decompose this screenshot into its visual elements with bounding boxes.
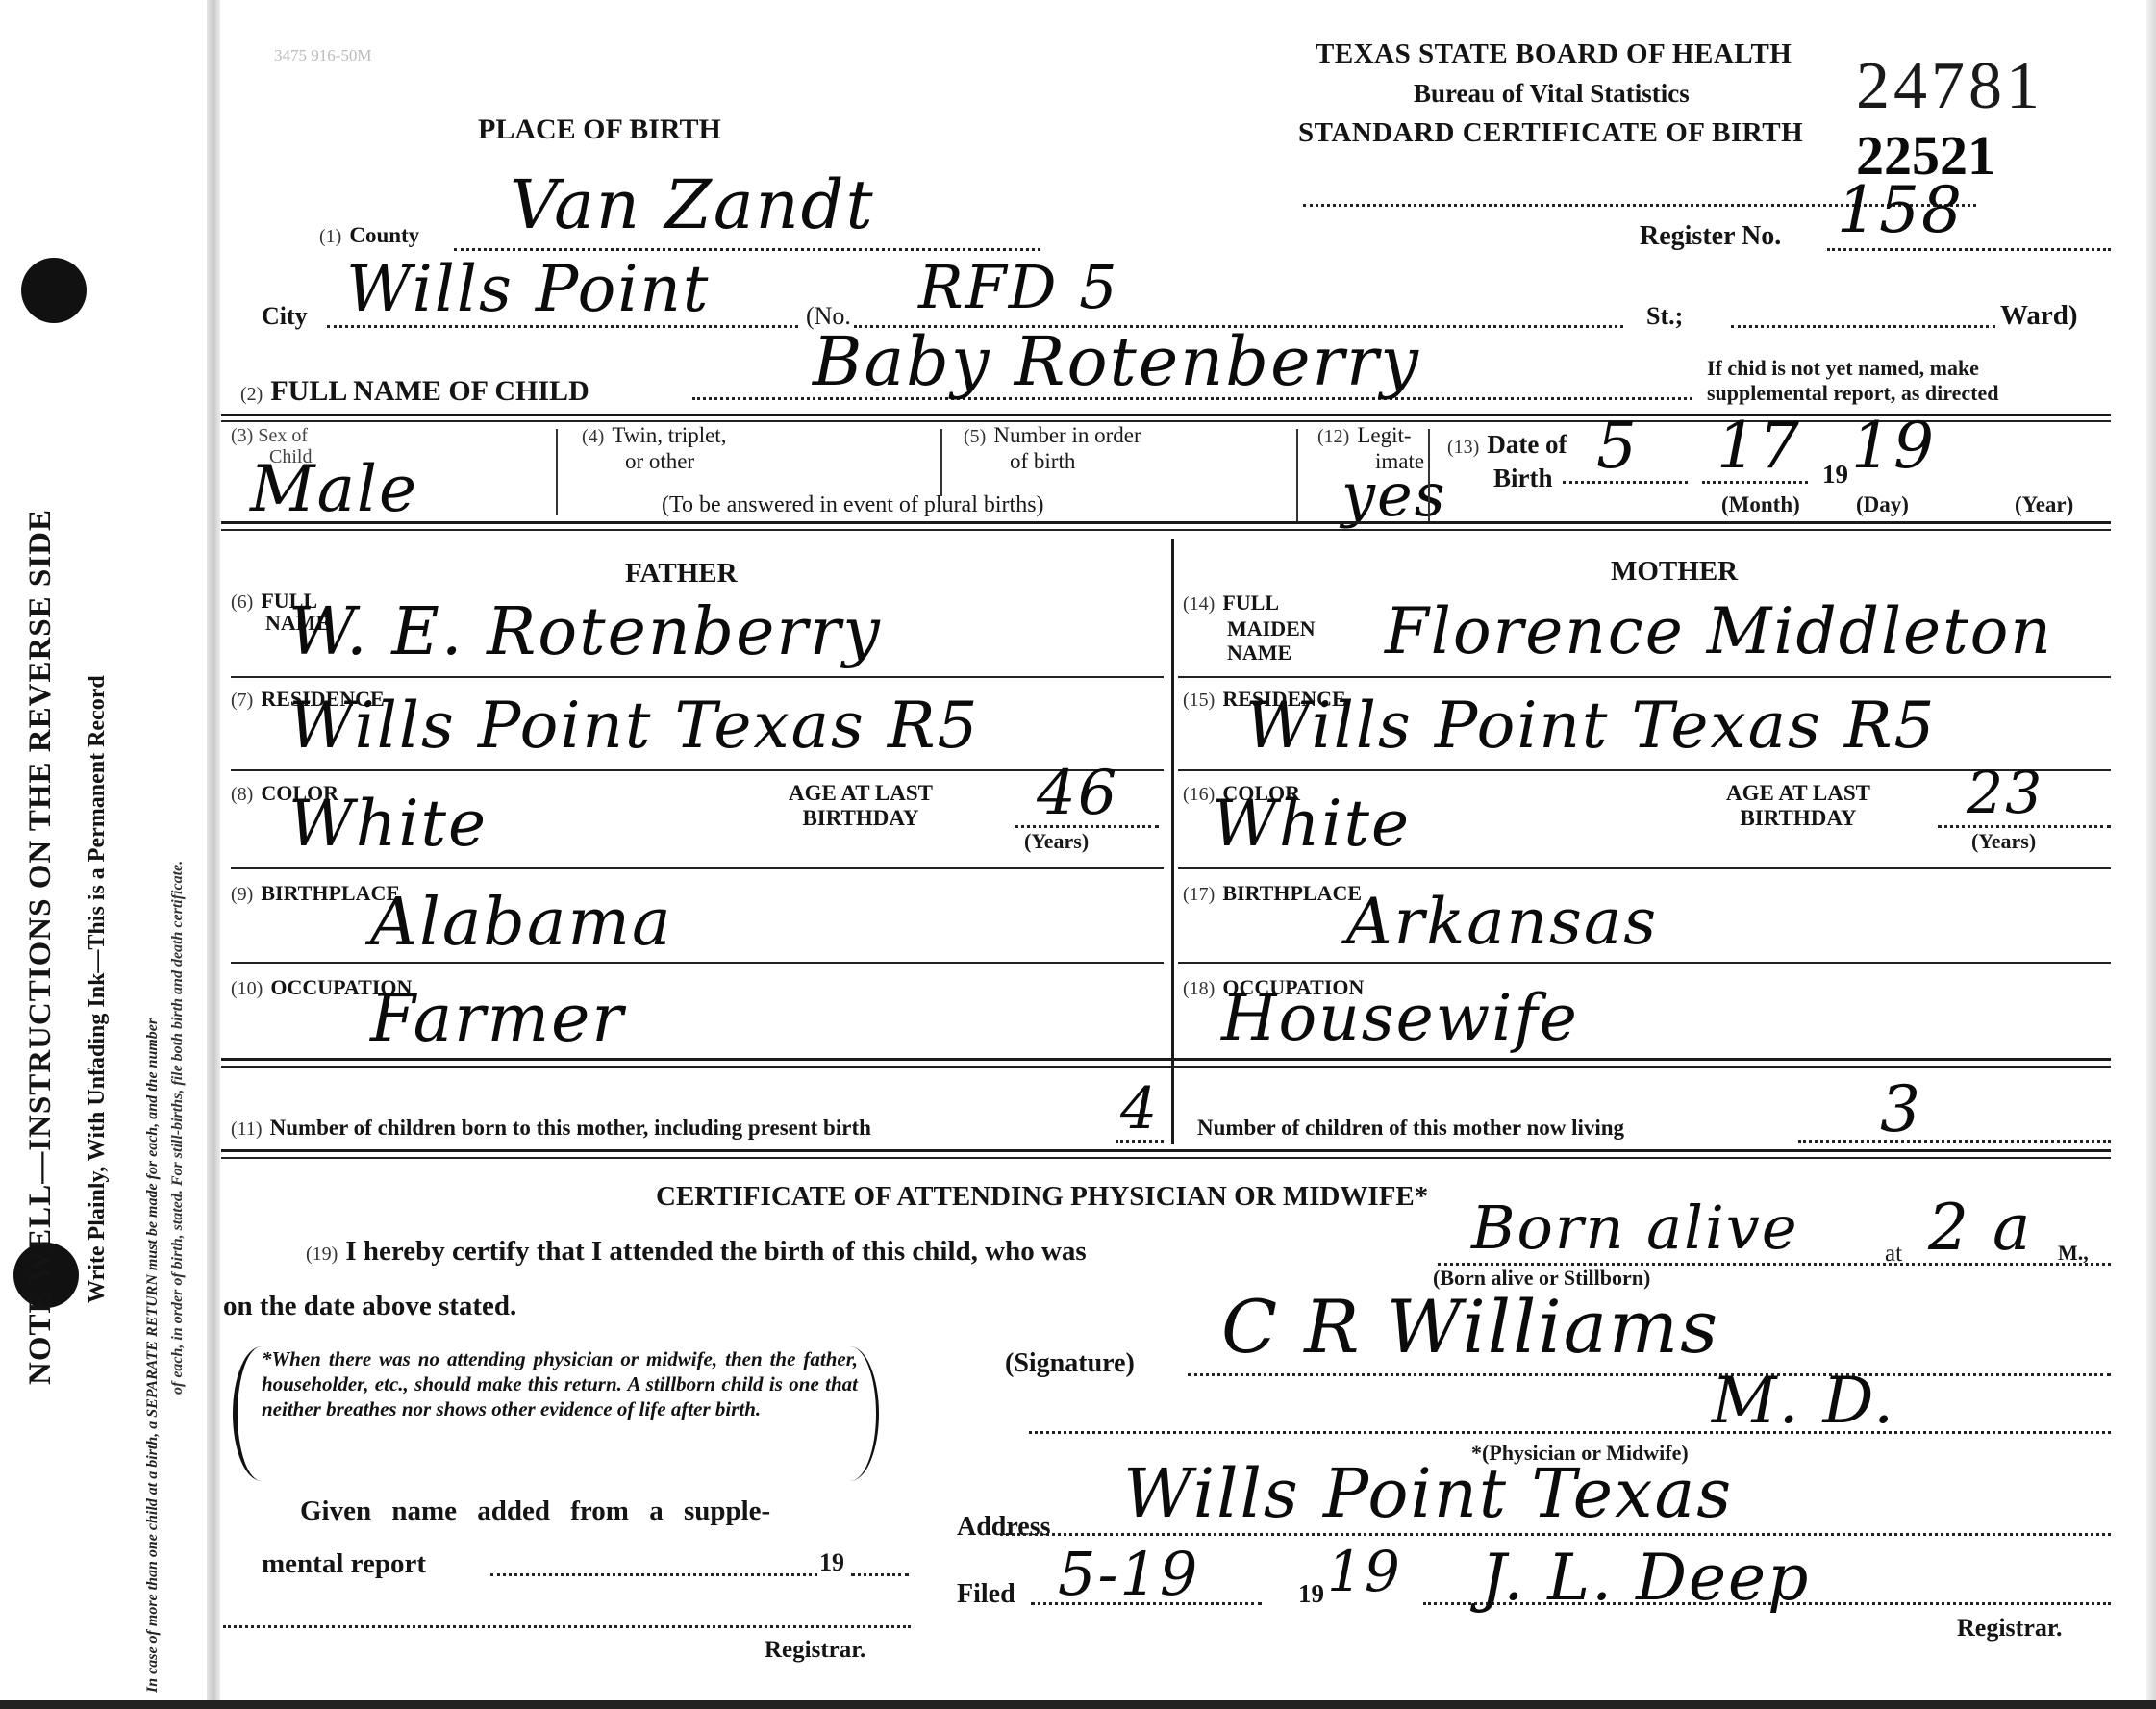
county-label: (1)County — [319, 223, 419, 248]
section-rule — [221, 1066, 2111, 1068]
father-years-caption: (Years) — [1024, 829, 1089, 854]
bureau-name: Bureau of Vital Statistics — [1414, 79, 1690, 109]
father-heading: FATHER — [625, 558, 738, 590]
ward-label: Ward) — [2000, 300, 2078, 332]
supplemental-year-prefix: 19 — [819, 1548, 844, 1577]
form-number: 3475 916-50M — [274, 46, 372, 65]
day-caption: (Day) — [1856, 492, 1909, 517]
county-dotted-line — [454, 248, 1040, 251]
field-rule — [1178, 867, 2111, 869]
father-residence-value[interactable]: Wills Point Texas R5 — [288, 689, 980, 763]
field-rule — [231, 769, 1164, 771]
punch-hole-top — [21, 258, 87, 323]
section-rule — [221, 1149, 2111, 1152]
mother-color-value[interactable]: White — [1212, 787, 1411, 861]
section-rule — [221, 529, 2111, 531]
children-living-label: Number of children of this mother now li… — [1197, 1116, 1624, 1141]
date-of-birth-label: (13)Date of Birth — [1447, 429, 1567, 493]
certificate-heading: CERTIFICATE OF ATTENDING PHYSICIAN OR MI… — [656, 1181, 1428, 1213]
column-divider — [556, 429, 558, 515]
children-living-dotted-line — [1798, 1140, 2111, 1143]
field-rule — [231, 676, 1164, 678]
children-born-label: (11)Number of children born to this moth… — [231, 1116, 871, 1141]
street-no-value[interactable]: RFD 5 — [918, 252, 1119, 322]
mother-years-caption: (Years) — [1971, 829, 2036, 854]
section-rule — [221, 521, 2111, 524]
register-label: Register No. — [1640, 221, 1781, 252]
mother-birthplace-label: (17)BIRTHPLACE — [1183, 881, 1362, 906]
column-divider — [1428, 429, 1430, 521]
column-divider — [940, 429, 942, 496]
mother-birthplace-value[interactable]: Arkansas — [1346, 885, 1658, 959]
city-value[interactable]: Wills Point — [346, 252, 710, 326]
father-age-value[interactable]: 46 — [1037, 758, 1118, 829]
supplemental-registrar-label: Registrar. — [765, 1637, 865, 1664]
father-occupation-value[interactable]: Farmer — [370, 981, 625, 1057]
register-value[interactable]: 158 — [1837, 173, 1964, 247]
place-of-birth-heading: PLACE OF BIRTH — [478, 113, 721, 146]
footnote-text: *When there was no attending physician o… — [262, 1346, 858, 1421]
sex-value[interactable]: Male — [250, 452, 418, 526]
month-caption: (Month) — [1721, 492, 1800, 517]
field-rule — [231, 962, 1164, 964]
father-age-label: AGE AT LAST BIRTHDAY — [789, 781, 933, 831]
margin-write-plainly: Write Plainly, With Unfading Ink—This is… — [85, 675, 111, 1303]
supplemental-line-2: mental report — [262, 1548, 426, 1580]
children-living-value[interactable]: 3 — [1880, 1072, 1922, 1146]
section-rule — [221, 420, 2111, 422]
year-caption: (Year) — [2015, 492, 2073, 517]
county-value[interactable]: Van Zandt — [510, 165, 875, 244]
field-rule — [1178, 962, 2111, 964]
section-rule — [221, 1157, 2111, 1159]
dob-year-value[interactable]: 19 — [1851, 409, 1936, 483]
address-value[interactable]: Wills Point Texas — [1123, 1454, 1733, 1533]
agency-name: TEXAS STATE BOARD OF HEALTH — [1316, 38, 1792, 70]
mother-name-label: (14)FULL MAIDEN NAME — [1183, 591, 1316, 665]
physician-title-value[interactable]: M. D. — [1712, 1364, 1895, 1438]
street-label: St.; — [1646, 302, 1683, 331]
margin-separate-return-2: of each, in order of birth, stated. For … — [169, 861, 187, 1395]
physician-signature[interactable]: C R Williams — [1221, 1284, 1719, 1370]
child-name-note: If chid is not yet named, make supplemen… — [1707, 356, 1999, 406]
birth-order-label: (5)Number in order of birth — [964, 423, 1141, 474]
signature-dotted-line — [1188, 1373, 2111, 1376]
registrar-signature[interactable]: J. L. Deep — [1481, 1541, 1810, 1615]
field-rule — [231, 867, 1164, 869]
certificate-title: STANDARD CERTIFICATE OF BIRTH — [1298, 117, 1803, 149]
field-rule — [1178, 676, 2111, 678]
date-statement: on the date above stated. — [223, 1291, 516, 1322]
binding-margin-shadow — [207, 0, 220, 1709]
supplemental-year-dotted-line — [851, 1573, 909, 1576]
birth-time-value[interactable]: 2 a — [1928, 1191, 2032, 1265]
plural-births-note: (To be answered in event of plural birth… — [662, 492, 1044, 518]
father-name-value[interactable]: W. E. Rotenberry — [288, 594, 882, 670]
column-divider — [1296, 429, 1298, 521]
ward-dotted-line — [1731, 325, 1995, 328]
dob-day-value[interactable]: 17 — [1717, 409, 1801, 483]
child-name-label: (2)FULL NAME OF CHILD — [240, 375, 589, 408]
born-status-value[interactable]: Born alive — [1471, 1193, 1799, 1263]
father-color-value[interactable]: White — [288, 787, 488, 861]
filed-year-prefix: 19 — [1298, 1579, 1324, 1609]
parents-divider — [1171, 539, 1174, 1144]
dob-month-value[interactable]: 5 — [1596, 409, 1639, 483]
am-pm-label: M., — [2058, 1241, 2089, 1266]
mother-residence-value[interactable]: Wills Point Texas R5 — [1245, 689, 1937, 763]
mother-heading: MOTHER — [1611, 556, 1738, 588]
legitimate-value[interactable]: yes — [1341, 460, 1447, 530]
father-birthplace-value[interactable]: Alabama — [370, 885, 673, 961]
bottom-page-edge — [0, 1700, 2156, 1709]
filed-date-value[interactable]: 5-19 — [1058, 1539, 1199, 1609]
address-label: Address — [957, 1512, 1051, 1543]
dob-year-prefix: 19 — [1822, 460, 1848, 490]
stamp-number-top: 24781 — [1856, 48, 2043, 125]
filed-label: Filed — [957, 1579, 1015, 1610]
section-rule — [221, 414, 2111, 416]
children-born-value[interactable]: 4 — [1120, 1075, 1159, 1143]
right-page-edge — [2146, 0, 2156, 1709]
supplemental-registrar-line — [223, 1625, 911, 1628]
mother-name-value[interactable]: Florence Middleton — [1385, 594, 2053, 668]
supplemental-dotted-line — [490, 1573, 817, 1576]
register-dotted-line — [1827, 248, 2111, 251]
registrar-label: Registrar. — [1957, 1614, 2063, 1643]
section-rule — [221, 1058, 2111, 1061]
certify-statement: (19)I hereby certify that I attended the… — [306, 1236, 1087, 1268]
mother-age-label: AGE AT LAST BIRTHDAY — [1726, 781, 1870, 831]
title-dotted-line — [1029, 1431, 2111, 1434]
twin-label: (4)Twin, triplet, or other — [582, 423, 726, 474]
child-name-value[interactable]: Baby Rotenberry — [813, 322, 1420, 401]
at-label: at — [1885, 1241, 1902, 1268]
address-dotted-line — [1000, 1533, 2111, 1536]
margin-note-well: NOTE WELL—INSTRUCTIONS ON THE REVERSE SI… — [23, 509, 59, 1385]
mother-age-value[interactable]: 23 — [1967, 760, 2043, 827]
city-label: City — [262, 302, 308, 331]
supplemental-line-1: Given name added from a supple- — [300, 1495, 770, 1527]
filed-year-value[interactable]: 19 — [1327, 1539, 1402, 1604]
margin-separate-return-1: In case of more than one child at a birt… — [144, 1018, 162, 1693]
mother-occupation-value[interactable]: Housewife — [1221, 981, 1579, 1055]
signature-label: (Signature) — [1005, 1348, 1135, 1379]
